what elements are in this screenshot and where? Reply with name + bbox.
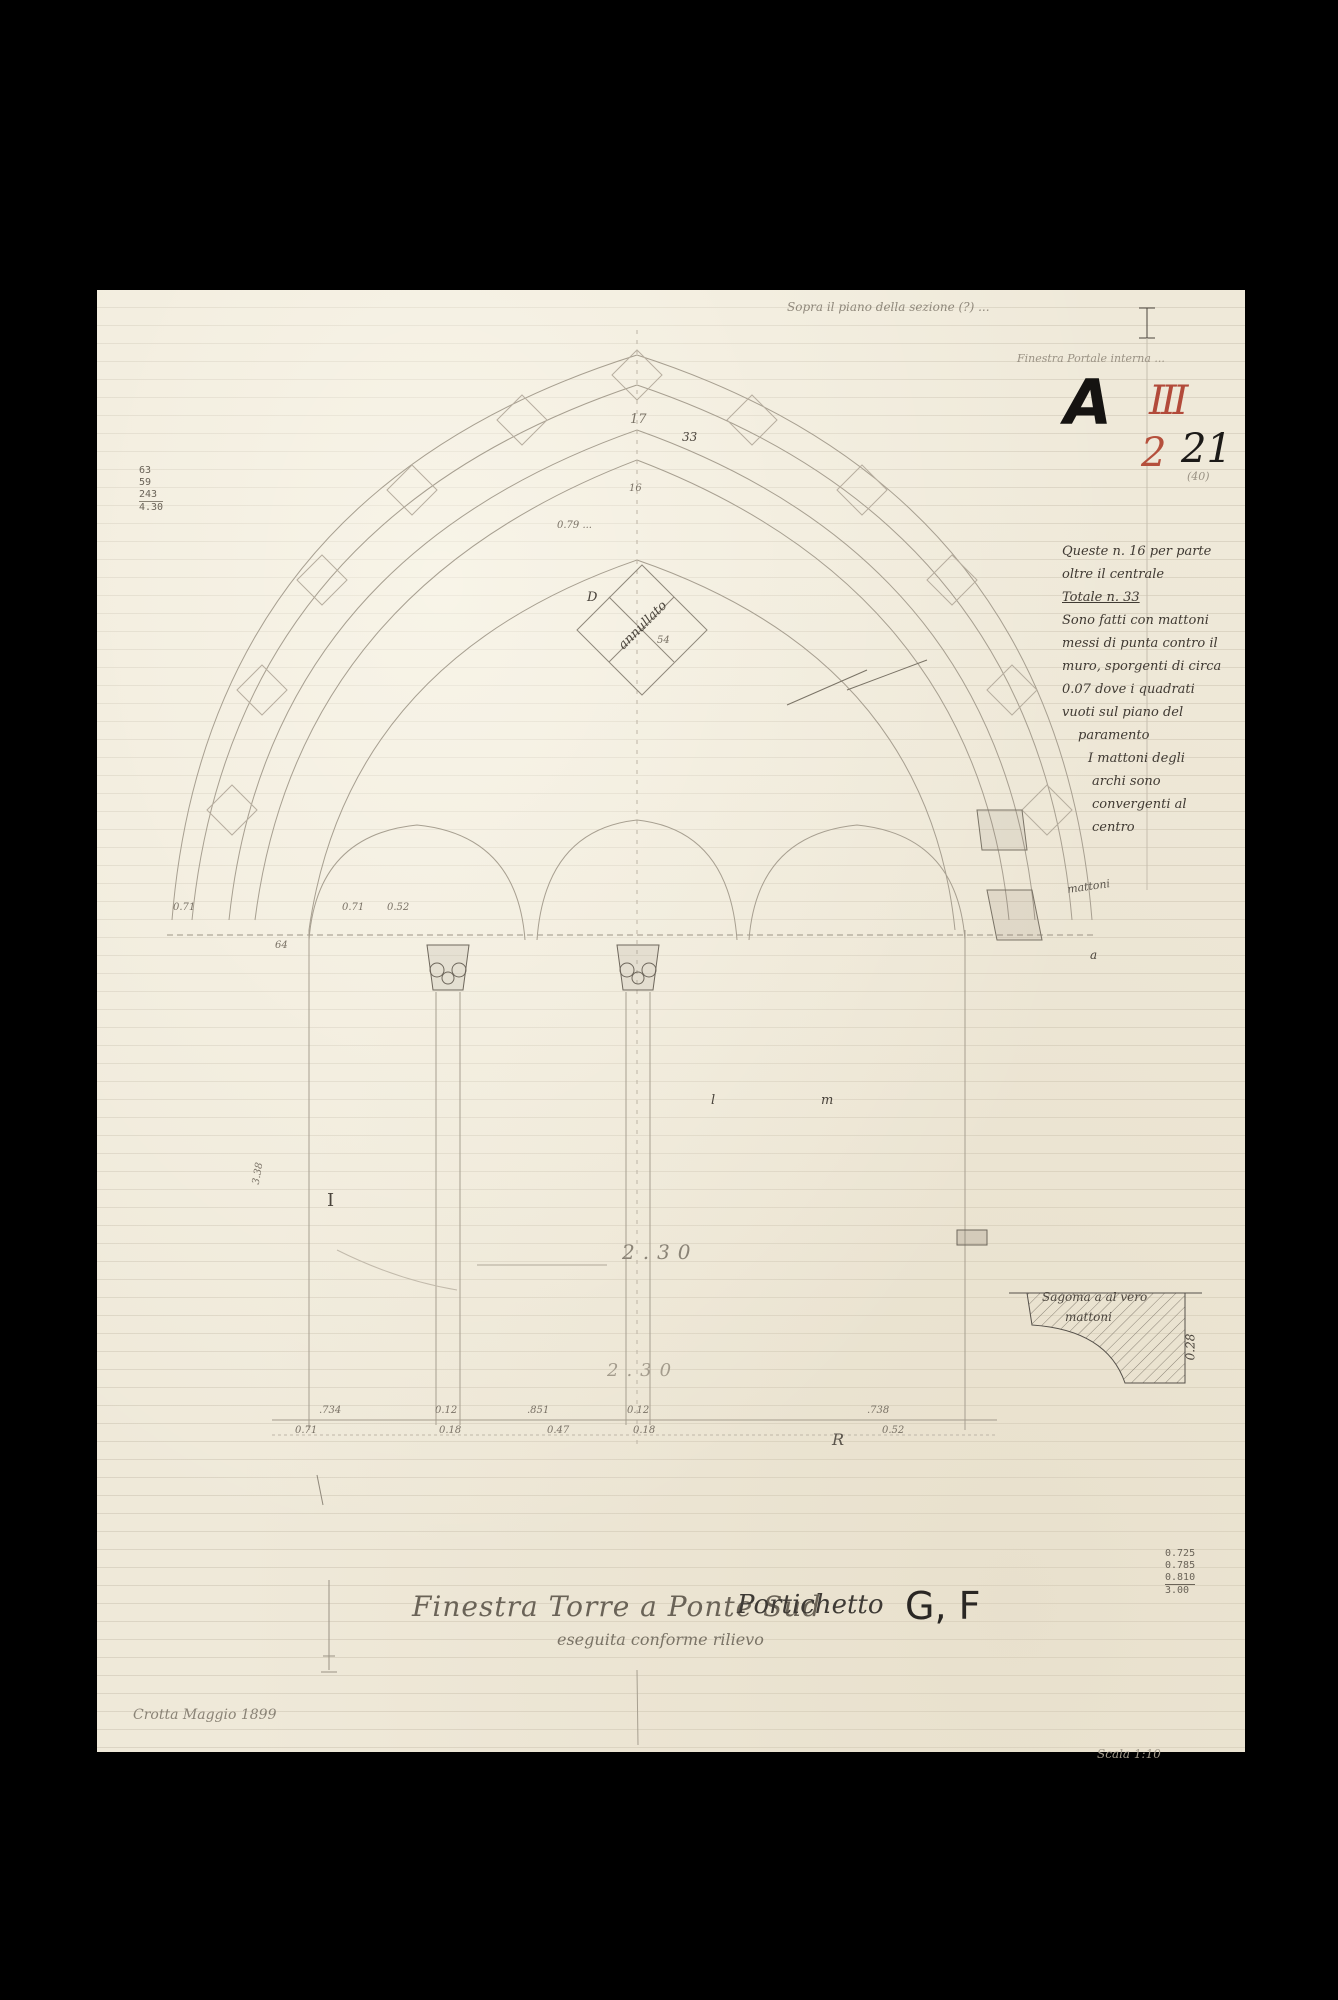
catalog-roman-numeral: III xyxy=(1149,378,1184,424)
signature: Crotta Maggio 1899 xyxy=(133,1707,276,1723)
impost-dimension: 64 xyxy=(275,940,288,951)
right-arch-letter: a xyxy=(1090,948,1097,962)
note-line: Sono fatti con mattoni xyxy=(1062,609,1242,632)
note-line: vuoti sul piano del xyxy=(1062,701,1242,724)
base-dimension: .738 xyxy=(867,1405,889,1416)
scale-note: Scala 1:10 xyxy=(1097,1747,1161,1761)
note-line: Totale n. 33 xyxy=(1062,586,1242,609)
note-line: centro xyxy=(1062,816,1242,839)
catalog-letter: A xyxy=(1064,366,1112,439)
keystone-side-count: 33 xyxy=(682,430,697,444)
note-line: messi di punta contro il xyxy=(1062,632,1242,655)
base-dimension: 0.18 xyxy=(633,1425,655,1436)
opening-width-upper: 2.30 xyxy=(622,1240,699,1264)
base-dimension: 0.47 xyxy=(547,1425,569,1436)
column-letter-left: l xyxy=(711,1093,715,1108)
base-dimension: .851 xyxy=(527,1405,549,1416)
diamond-number: 54 xyxy=(657,635,670,646)
base-dimension: 0.52 xyxy=(882,1425,904,1436)
left-margin-calc: 63 59 243 4.30 xyxy=(139,465,163,514)
portion-letters: G, F xyxy=(905,1584,980,1628)
drawing-subtitle: eseguita conforme rilievo xyxy=(557,1630,764,1649)
base-dimension: 0.12 xyxy=(435,1405,457,1416)
base-dimension: 0.18 xyxy=(439,1425,461,1436)
note-line: convergenti al xyxy=(1062,793,1242,816)
base-dimension: .734 xyxy=(319,1405,341,1416)
impost-dimension: 0.52 xyxy=(387,902,409,913)
base-marker-letter: R xyxy=(832,1430,844,1449)
base-dimension: 0.71 xyxy=(295,1425,317,1436)
window-elevation-drawing xyxy=(97,290,1245,1752)
sheet-number-ink: 21 xyxy=(1181,426,1232,472)
note-line: paramento xyxy=(1062,724,1242,747)
diamond-corner-letter: D xyxy=(587,590,597,605)
keystone-number: 17 xyxy=(630,412,647,427)
column-letter-right: m xyxy=(821,1093,833,1108)
sheet-number-red: 2 xyxy=(1141,430,1166,476)
note-line: archi sono xyxy=(1062,770,1242,793)
note-line: I mattoni degli xyxy=(1062,747,1242,770)
impost-dimension: 0.71 xyxy=(173,902,195,913)
drawing-sheet: Sopra il piano della sezione (?) ... Fin… xyxy=(97,290,1245,1752)
sheet-number-circled: (40) xyxy=(1187,470,1210,483)
footer-calc: 0.725 0.785 0.810 3.00 xyxy=(1165,1548,1195,1597)
note-line: 0.07 dove i quadrati xyxy=(1062,678,1242,701)
side-notes: Queste n. 16 per parte oltre il centrale… xyxy=(1062,540,1242,839)
note-line: Queste n. 16 per parte xyxy=(1062,540,1242,563)
arch-count: 16 xyxy=(629,483,642,494)
opening-width-lower: 2.30 xyxy=(607,1360,679,1381)
note-line: oltre il centrale xyxy=(1062,563,1242,586)
profile-label: Sagoma a al vero xyxy=(1042,1290,1147,1304)
note-line: muro, sporgenti di circa xyxy=(1062,655,1242,678)
top-pencil-note: Sopra il piano della sezione (?) ... xyxy=(787,300,990,314)
portion-label: Portichetto xyxy=(737,1590,884,1620)
pencil-note-portale: Finestra Portale interna ... xyxy=(1017,352,1165,365)
profile-dimension: 0.28 xyxy=(1183,1334,1197,1361)
arch-note: 0.79 ... xyxy=(557,520,592,531)
left-wall-mark: I xyxy=(327,1190,334,1211)
profile-material-label: mattoni xyxy=(1065,1310,1112,1324)
base-dimension: 0.12 xyxy=(627,1405,649,1416)
impost-dimension: 0.71 xyxy=(342,902,364,913)
